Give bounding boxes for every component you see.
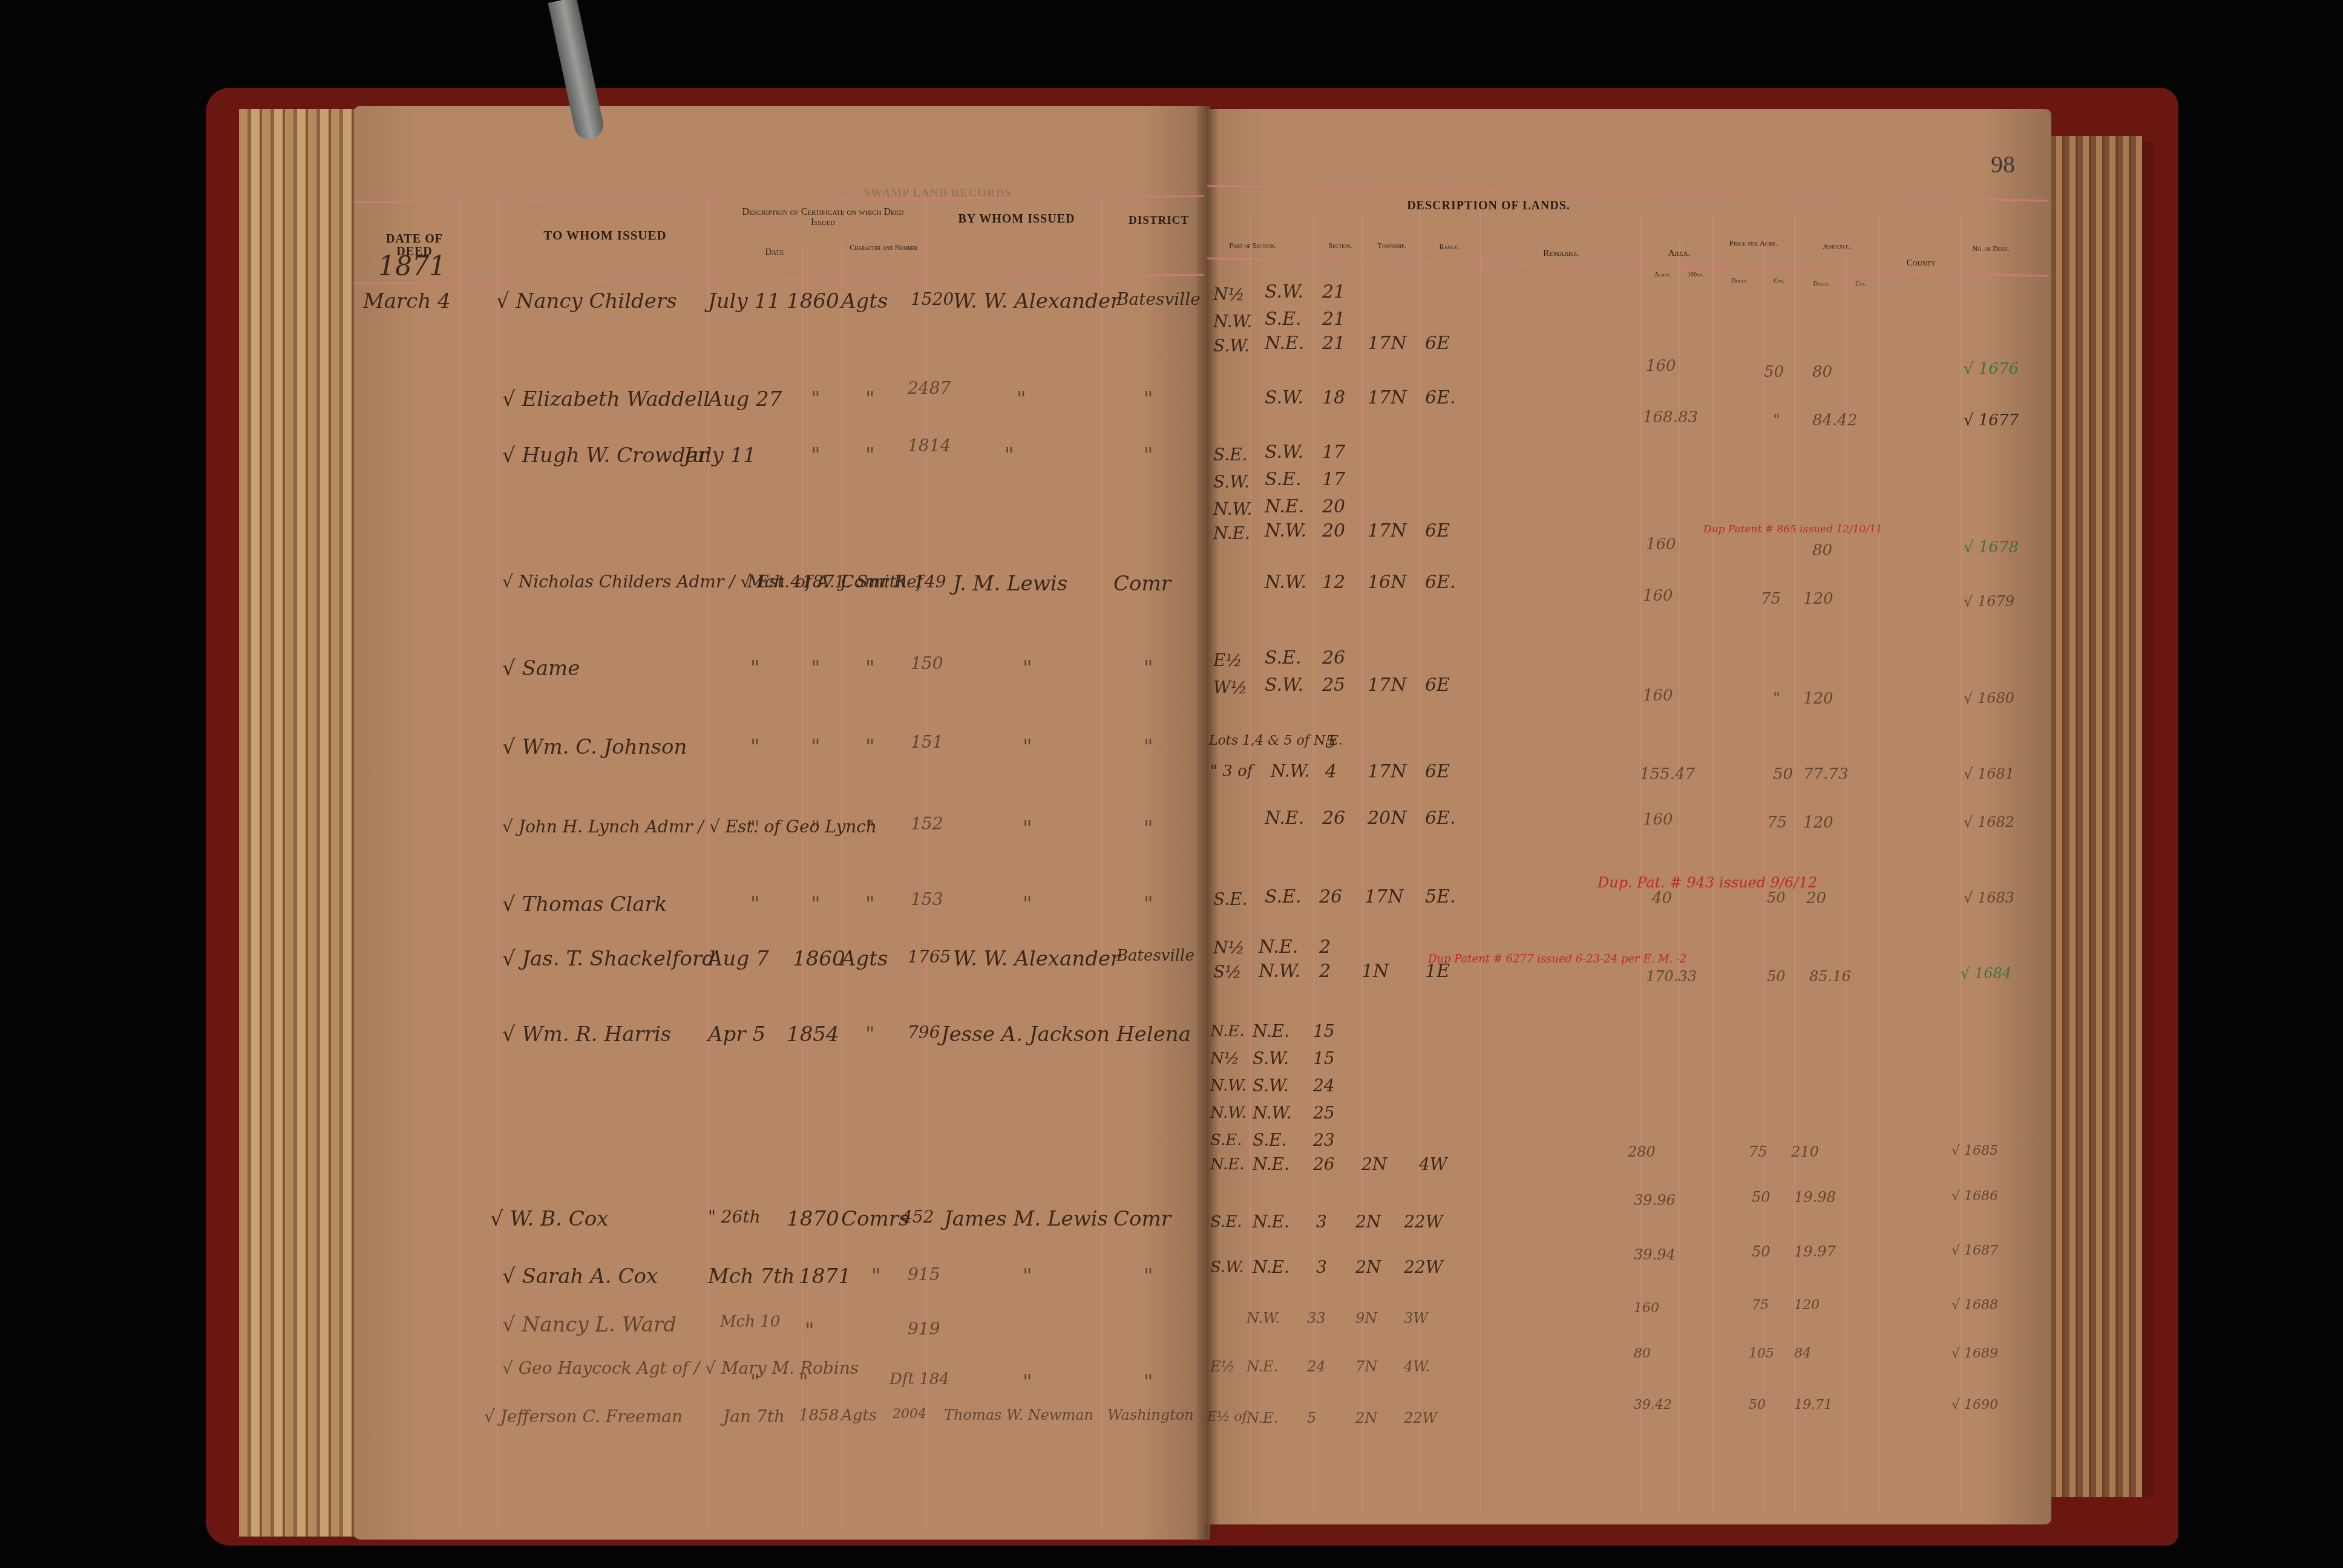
acres: 160	[1634, 1301, 1659, 1316]
cert-year: "	[811, 817, 821, 841]
price-cents: "	[1773, 690, 1780, 708]
cert-date: Aug 27	[708, 387, 782, 411]
cert-number: 2004	[893, 1406, 926, 1422]
deed-number: √ 1678	[1964, 538, 2019, 557]
cert-character: "	[865, 817, 875, 841]
part-of-section: N½	[1213, 284, 1245, 304]
deed-number: √ 1687	[1951, 1243, 1998, 1258]
cert-date: " 26th	[708, 1207, 761, 1227]
red-annotation: Dup Patent # 6277 issued 6-23-24 per E. …	[1428, 953, 1686, 965]
price-cents: 105	[1749, 1346, 1774, 1361]
cert-year: "	[805, 1319, 814, 1343]
header-township: Township.	[1365, 242, 1419, 250]
amount: 120	[1794, 1298, 1820, 1313]
header-county: County	[1888, 259, 1955, 269]
cert-year: 1860	[787, 289, 839, 313]
township: 1N	[1362, 961, 1389, 982]
section: 2	[1319, 961, 1331, 982]
cert-number: 796	[908, 1022, 940, 1042]
section: 24	[1313, 1076, 1335, 1096]
section: 25	[1322, 675, 1345, 696]
header-hundredths: 100th.	[1679, 272, 1712, 279]
deed-date: March 4	[363, 289, 451, 313]
section-quarter: S.W.	[1253, 1048, 1289, 1068]
section: 21	[1322, 309, 1345, 330]
cert-year: 1871	[802, 572, 845, 592]
grantee-name: √ Jas. T. Shackelford	[502, 947, 715, 971]
part-of-section: " 3 of	[1210, 762, 1253, 780]
section: 17	[1322, 442, 1345, 463]
cert-character: "	[865, 656, 875, 681]
issuer: W. W. Alexander	[953, 947, 1120, 971]
price-cents: "	[1773, 411, 1780, 430]
deed-number: √ 1682	[1964, 814, 2014, 831]
acres: 168.83	[1643, 408, 1698, 426]
issuer: "	[1023, 656, 1032, 681]
township: 2N	[1362, 1154, 1387, 1174]
cert-date: Apr 5	[708, 1022, 765, 1047]
section-quarter: S.E.	[1265, 647, 1301, 668]
range: 6E	[1425, 520, 1450, 541]
acres: 280	[1628, 1143, 1656, 1160]
amount: 84.42	[1812, 411, 1857, 430]
part-of-section: S.W.	[1213, 472, 1250, 492]
header-cert-date: Date	[750, 248, 799, 258]
deed-number: √ 1681	[1964, 765, 2014, 782]
amount: 19.98	[1794, 1189, 1836, 1206]
section: 26	[1322, 647, 1345, 668]
cert-character: "	[871, 1264, 881, 1289]
page-edges-left	[239, 109, 360, 1537]
header-area: Area.	[1646, 249, 1712, 259]
section-quarter: N.W.	[1271, 761, 1309, 781]
amount: 84	[1794, 1346, 1811, 1361]
issuer: Jesse A. Jackson	[941, 1022, 1110, 1047]
issuer: Thomas W. Newman	[944, 1406, 1093, 1423]
section-quarter: N.W.	[1247, 1310, 1280, 1327]
cert-year: "	[811, 443, 821, 468]
section: 4	[1325, 761, 1337, 782]
header-price-dolls: Dolls.	[1719, 278, 1761, 285]
amount: 120	[1803, 590, 1833, 608]
deed-number: √ 1683	[1964, 889, 2014, 906]
section-quarter: S.W.	[1265, 675, 1303, 696]
part-of-section: N.W.	[1213, 312, 1252, 332]
column-rule	[460, 200, 461, 1530]
section: 24	[1307, 1358, 1326, 1375]
range: 5E.	[1425, 886, 1456, 907]
part-of-section: S.E.	[1213, 445, 1247, 465]
acres: 160	[1646, 535, 1676, 554]
amount: 20	[1806, 889, 1826, 907]
issuer: "	[1017, 387, 1026, 411]
issuer: "	[1023, 1264, 1032, 1289]
district: "	[1144, 1370, 1153, 1394]
township: 17N	[1368, 520, 1406, 541]
grantee-name: √ Wm. C. Johnson	[502, 735, 687, 759]
township: 2N	[1355, 1410, 1377, 1426]
district: "	[1144, 735, 1153, 759]
part-of-section: S½	[1213, 962, 1241, 982]
issuer: "	[1023, 817, 1032, 841]
acres: 39.96	[1634, 1192, 1676, 1209]
deed-number: √ 1686	[1951, 1189, 1998, 1204]
price-cents: 50	[1752, 1189, 1771, 1206]
cert-date: Mch 4	[747, 572, 801, 592]
header-no-of-deed: No. of Deed.	[1967, 245, 2015, 253]
amount: 19.97	[1794, 1243, 1836, 1260]
section: 26	[1322, 808, 1345, 829]
cert-character: Comr Ref	[841, 572, 923, 592]
header-price-per-acre: Price per Acre.	[1719, 239, 1788, 247]
section-quarter: N.E.	[1265, 333, 1304, 354]
cert-number: 151	[911, 732, 943, 752]
grantee-name: √ Nancy L. Ward	[502, 1313, 677, 1337]
district: Batesville	[1116, 289, 1201, 309]
township: 17N	[1368, 333, 1406, 354]
header-range: Range.	[1425, 243, 1473, 251]
section-quarter: S.W.	[1265, 281, 1303, 302]
amount: 210	[1791, 1143, 1819, 1160]
township: 16N	[1368, 572, 1406, 593]
district: Batesville	[1116, 947, 1194, 965]
header-amount: Amount.	[1800, 242, 1873, 250]
acres: 170.33	[1646, 968, 1697, 985]
column-rule	[1480, 212, 1481, 1512]
cert-number: 915	[908, 1264, 940, 1284]
cert-year: "	[799, 1370, 808, 1394]
section: 25	[1313, 1103, 1335, 1123]
part-of-section: S.W.	[1210, 1258, 1244, 1276]
section-quarter: N.E.	[1247, 1410, 1278, 1426]
header-district: DISTRICT	[1126, 215, 1192, 227]
section: 17	[1322, 469, 1345, 490]
section: 20	[1322, 496, 1345, 517]
section: 18	[1322, 387, 1345, 408]
acres: 39.94	[1634, 1246, 1676, 1263]
cert-date: July 11	[708, 289, 781, 313]
amount: 120	[1803, 814, 1833, 832]
section-quarter: N.W.	[1253, 1103, 1291, 1123]
header-description-cert: Description of Certificate on which Deed…	[732, 207, 914, 228]
section: 3	[1316, 1212, 1327, 1232]
section: 3	[1316, 1257, 1327, 1277]
column-rule	[1101, 200, 1103, 1530]
issuer: "	[1023, 735, 1032, 759]
deed-number: √ 1690	[1951, 1397, 1998, 1413]
cert-date: "	[750, 1370, 760, 1394]
column-rule	[1961, 212, 1962, 1512]
township: 7N	[1355, 1358, 1377, 1375]
section-quarter: S.E.	[1265, 469, 1301, 490]
red-annotation: Dup. Pat. # 943 issued 9/6/12	[1597, 874, 1817, 891]
issuer: J. M. Lewis	[953, 572, 1067, 596]
column-rule	[802, 242, 803, 1530]
cert-date: Mch 10	[720, 1313, 780, 1331]
part-of-section: S.E.	[1210, 1213, 1242, 1231]
part-of-section: E½	[1213, 650, 1242, 670]
part-of-section: S.E.	[1213, 889, 1247, 909]
deed-number: √ 1685	[1951, 1143, 1998, 1158]
amount: 120	[1803, 690, 1833, 708]
part-of-section: S.W.	[1213, 336, 1250, 356]
section-quarter: S.E.	[1265, 309, 1301, 330]
section: 26	[1313, 1154, 1335, 1174]
district: "	[1144, 892, 1153, 916]
section-quarter: N.W.	[1265, 520, 1306, 541]
price-cents: 50	[1764, 363, 1784, 381]
section-quarter: S.W.	[1265, 387, 1303, 408]
grantee-name: √ Jefferson C. Freeman	[484, 1406, 683, 1426]
section-quarter: N.W.	[1265, 572, 1306, 593]
district: "	[1144, 1264, 1153, 1289]
township: 2N	[1355, 1212, 1381, 1232]
township: 17N	[1368, 675, 1406, 696]
range: 6E	[1425, 761, 1450, 782]
grantee-name: √ Elizabeth Waddell	[502, 387, 710, 411]
range: 22W	[1404, 1212, 1443, 1232]
cert-character: Agts	[841, 947, 888, 971]
price-cents: 50	[1767, 889, 1786, 906]
cert-character: "	[865, 443, 875, 468]
price-cents: 50	[1767, 968, 1786, 985]
price-cents: 75	[1752, 1298, 1769, 1313]
range: 6E	[1425, 675, 1450, 696]
column-rule	[1794, 212, 1795, 1512]
price-cents: 75	[1749, 1143, 1768, 1160]
district: "	[1144, 817, 1153, 841]
price-cents: 50	[1752, 1243, 1771, 1260]
cert-year: "	[811, 387, 821, 411]
cert-number: 152	[911, 814, 943, 834]
part-of-section: N½	[1210, 1050, 1239, 1068]
township: 20N	[1368, 808, 1406, 829]
faded-stamp: SWAMP LAND RECORDS	[811, 188, 1065, 200]
township: 17N	[1365, 886, 1403, 907]
section-quarter: S.W.	[1265, 442, 1303, 463]
cert-character: Agts	[841, 289, 888, 313]
cert-date: "	[750, 817, 760, 841]
header-amount-dolls: Dolls.	[1800, 281, 1843, 288]
section: 23	[1313, 1130, 1335, 1150]
header-acres: Acres.	[1646, 272, 1679, 279]
section-quarter: N.E.	[1253, 1257, 1289, 1277]
range: 6E.	[1425, 808, 1456, 829]
section: 5	[1307, 1410, 1316, 1426]
cert-character: "	[865, 892, 875, 916]
cert-number: 919	[908, 1319, 940, 1339]
part-of-section: N.E.	[1210, 1155, 1245, 1174]
year-heading: 1871	[378, 251, 446, 282]
district: "	[1144, 443, 1153, 468]
section-quarter: N.E.	[1259, 936, 1298, 958]
acres: 155.47	[1640, 765, 1695, 783]
grantee-name: √ Nancy Childers	[496, 289, 677, 313]
column-rule	[1879, 212, 1880, 1512]
cert-year: "	[811, 735, 821, 759]
header-price-cts: Cts.	[1764, 278, 1794, 285]
deed-number: √ 1688	[1951, 1298, 1998, 1313]
header-part-of-section: Part of Section.	[1213, 242, 1292, 250]
range: 22W	[1404, 1257, 1443, 1277]
issuer: "	[1023, 892, 1032, 916]
cert-date: Jan 7th	[723, 1406, 785, 1426]
deed-number: √ 1676	[1964, 360, 2019, 378]
deed-number: √ 1677	[1964, 411, 2019, 430]
header-description-of-lands: DESCRIPTION OF LANDS.	[1374, 200, 1604, 212]
township: 2N	[1355, 1257, 1381, 1277]
cert-character: Comrs	[841, 1207, 909, 1231]
range: 6E.	[1425, 572, 1456, 593]
cert-character: "	[865, 1022, 875, 1047]
amount: 80	[1812, 541, 1832, 560]
range: 3W	[1404, 1310, 1428, 1327]
district: Comr	[1113, 572, 1171, 596]
header-section: Section.	[1319, 242, 1362, 250]
section: 21	[1322, 281, 1345, 302]
section-quarter: N.E.	[1265, 808, 1304, 829]
section: 15	[1313, 1048, 1335, 1068]
cert-number: 1520	[911, 289, 954, 309]
grantee-name: √ Hugh W. Crowder	[502, 443, 707, 468]
cert-number: 1765	[908, 947, 951, 967]
grantee-name: √ Sarah A. Cox	[502, 1264, 658, 1289]
column-rule	[497, 200, 499, 1530]
acres: 80	[1634, 1346, 1651, 1361]
section-quarter: N.E.	[1253, 1212, 1289, 1232]
issuer: W. W. Alexander	[953, 289, 1120, 313]
district: Comr	[1113, 1207, 1171, 1231]
header-amount-cts: Cts.	[1846, 281, 1876, 288]
red-annotation: Dup Patent # 865 issued 12/10/11	[1703, 523, 1883, 535]
section: 5	[1325, 732, 1336, 752]
section: 21	[1322, 333, 1345, 354]
header-cert-character-number: Character and Number	[841, 244, 926, 252]
deed-number: √ 1679	[1964, 593, 2014, 610]
cert-date: Aug 7	[708, 947, 769, 971]
cert-number: 153	[911, 889, 943, 909]
range: 6E	[1425, 333, 1450, 354]
price-cents: 50	[1749, 1397, 1766, 1413]
column-rule	[1846, 242, 1847, 1512]
cert-number: 150	[911, 653, 943, 673]
section-quarter: S.E.	[1253, 1130, 1286, 1150]
grantee-name: √ W. B. Cox	[490, 1207, 608, 1231]
part-of-section: N.W.	[1210, 1077, 1247, 1095]
section-quarter: N.E.	[1265, 496, 1304, 517]
acres: 40	[1652, 889, 1672, 907]
section: 12	[1322, 572, 1345, 593]
column-rule	[1640, 212, 1641, 1512]
issuer: James M. Lewis	[944, 1207, 1108, 1231]
cert-year: 1858	[799, 1406, 839, 1425]
part-of-section: N.E.	[1213, 523, 1250, 543]
section: 33	[1307, 1310, 1326, 1327]
cert-number: 2487	[908, 378, 951, 398]
grantee-name: √ Same	[502, 656, 580, 681]
section-quarter: S.W.	[1253, 1076, 1289, 1096]
part-of-section: N.E.	[1210, 1022, 1245, 1040]
cert-year: 1854	[787, 1022, 839, 1047]
range: 4W.	[1404, 1358, 1430, 1375]
page-number: 98	[1991, 150, 2015, 178]
cert-number: 452	[902, 1207, 934, 1227]
district: Washington	[1107, 1406, 1194, 1423]
deed-number: √ 1684	[1961, 965, 2011, 982]
section-quarter: N.E.	[1253, 1154, 1289, 1174]
district: Helena	[1116, 1022, 1191, 1047]
issuer: "	[1023, 1370, 1032, 1394]
column-rule	[841, 242, 842, 1530]
price-cents: 75	[1767, 814, 1787, 832]
township: 17N	[1368, 761, 1406, 782]
range: 6E.	[1425, 387, 1456, 408]
acres: 39.42	[1634, 1397, 1672, 1413]
cert-year: "	[811, 656, 821, 681]
section-quarter: N.E.	[1253, 1021, 1289, 1041]
cert-number: 1814	[908, 436, 951, 456]
cert-year: 1871	[799, 1264, 851, 1289]
cert-date: "	[750, 735, 760, 759]
cert-character: Agts	[841, 1406, 877, 1425]
section: 2	[1319, 936, 1331, 958]
acres: 160	[1643, 811, 1673, 829]
section: 26	[1319, 886, 1342, 907]
page-edges-right	[2051, 136, 2142, 1497]
amount: 80	[1812, 363, 1832, 381]
cert-year: 1870	[787, 1207, 839, 1231]
part-of-section: N.W.	[1213, 499, 1252, 519]
cert-character: "	[865, 387, 875, 411]
grantee-name: √ Thomas Clark	[502, 892, 667, 916]
cert-character: "	[865, 735, 875, 759]
cert-year: 1860	[793, 947, 845, 971]
district: "	[1144, 656, 1153, 681]
part-of-section: W½	[1213, 678, 1247, 697]
acres: 160	[1646, 357, 1676, 375]
part-of-section: S.E.	[1210, 1131, 1242, 1149]
section-quarter: N.E.	[1247, 1358, 1278, 1375]
township: 17N	[1368, 387, 1406, 408]
column-rule	[1712, 212, 1714, 1512]
header-to-whom-issued: TO WHOM ISSUED	[520, 229, 690, 242]
district: "	[1144, 387, 1153, 411]
section: 20	[1322, 520, 1345, 541]
cert-number: Dft 184	[890, 1370, 949, 1388]
section-quarter: N.W.	[1259, 961, 1300, 982]
cert-year: "	[811, 892, 821, 916]
amount: 19.71	[1794, 1397, 1832, 1413]
cert-date: July 11	[684, 443, 756, 468]
part-of-section: E½	[1210, 1358, 1235, 1375]
cert-number: 149	[914, 572, 946, 592]
price-cents: 50	[1773, 765, 1793, 783]
part-of-section: Lots 1,4 & 5 of N.E.	[1209, 733, 1343, 748]
section: 15	[1313, 1021, 1335, 1041]
price-cents: 75	[1761, 590, 1781, 608]
township: 9N	[1355, 1310, 1377, 1327]
section-quarter: S.E.	[1265, 886, 1301, 907]
cert-date: "	[750, 656, 760, 681]
range: 4W	[1419, 1154, 1447, 1174]
deed-number: √ 1680	[1964, 690, 2014, 707]
grantee-name: √ Wm. R. Harris	[502, 1022, 671, 1047]
part-of-section: N½	[1213, 938, 1245, 958]
cert-date: "	[750, 892, 760, 916]
amount: 85.16	[1809, 968, 1851, 985]
acres: 160	[1643, 687, 1673, 705]
part-of-section: E½ of	[1207, 1410, 1247, 1425]
